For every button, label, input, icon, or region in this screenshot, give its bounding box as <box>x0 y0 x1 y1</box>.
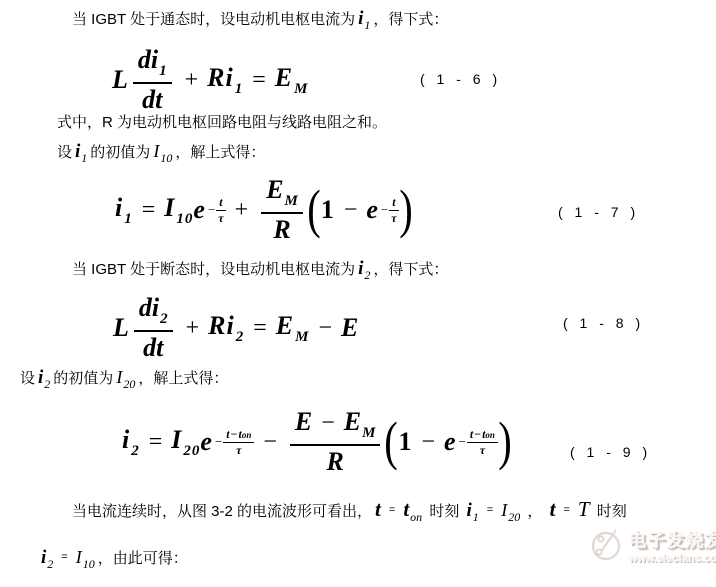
equals-sign: = <box>61 551 67 563</box>
symbol-e: e <box>444 427 457 457</box>
equals-sign: = <box>563 504 569 516</box>
math-I10: I10 <box>153 141 172 161</box>
math-t: t <box>550 497 556 521</box>
equals-operator: = <box>252 67 266 94</box>
equals-operator: = <box>142 197 156 224</box>
minus-operator: − <box>344 197 358 224</box>
paragraph-initial-i1: 设i1的初值为I10，解上式得： <box>57 140 265 169</box>
paragraph-igbt-off: 当 IGBT 处于断态时，设电动机电枢电流为i2，得下式： <box>72 258 448 286</box>
symbol-E: E <box>341 313 359 343</box>
plus-operator: + <box>235 197 249 224</box>
right-parenthesis: ) <box>399 187 412 233</box>
paragraph-continuous-current: 当电流连续时，从图 3-2 的电流波形可看出，t=ton 时刻 i1=I20 ，… <box>72 498 627 528</box>
right-parenthesis: ) <box>498 419 511 465</box>
math-i1: i1 <box>358 8 370 29</box>
exponent-minus-t-over-tau: − tτ <box>381 196 399 224</box>
equals-operator: = <box>253 315 267 342</box>
symbol-I20: I20 <box>171 425 200 460</box>
paragraph-conclusion: i2=I10，由此可得： <box>38 546 188 575</box>
math-i2: i2 <box>358 258 370 279</box>
left-parenthesis: ( <box>385 419 398 465</box>
exponent-minus-t-over-tau: − tτ <box>208 196 226 224</box>
math-i1: i1 <box>467 500 479 521</box>
watermark-text: 电子发烧友 www.elecfans.com <box>629 527 716 565</box>
fraction-EM-over-R: EM R <box>261 176 303 244</box>
symbol-e: e <box>193 195 206 225</box>
symbol-EM: EM <box>276 311 310 346</box>
equation-1-9: i2 = I20 e − t−ton τ − E−EM R ( 1 − e − … <box>122 408 512 476</box>
minus-operator: − <box>263 429 277 456</box>
symbol-I10: I10 <box>164 193 193 228</box>
symbol-EM: EM <box>275 63 309 98</box>
math-i2: i2 <box>41 547 53 568</box>
symbol-e: e <box>366 195 379 225</box>
exponent-minus-t-ton-over-tau: − t−ton τ <box>459 428 498 456</box>
equation-label-1-8: ( 1 - 8 ) <box>563 315 644 331</box>
equation-1-6: L di1 dt + Ri1 = EM <box>112 46 308 114</box>
equation-label-1-9: ( 1 - 9 ) <box>570 444 651 460</box>
math-ton: ton <box>403 497 422 521</box>
symbol-L: L <box>113 313 130 343</box>
math-i2: i2 <box>38 367 50 388</box>
paragraph-text: 当 IGBT 处于通态时，设电动机电枢电流为 <box>72 11 355 28</box>
symbol-Ri2: Ri2 <box>208 311 244 346</box>
watermark-title: 电子发烧友 <box>629 527 716 553</box>
math-t: t <box>375 497 381 521</box>
math-I20: I20 <box>501 500 520 520</box>
equals-operator: = <box>149 429 163 456</box>
math-i1: i1 <box>75 141 87 162</box>
paragraph-text: 式中，R 为电动机电枢回路电阻与线路电阻之和。 <box>57 114 387 131</box>
plus-operator: + <box>185 67 199 94</box>
symbol-one: 1 <box>321 195 335 225</box>
paragraph-text: ，得下式： <box>373 11 448 28</box>
plus-operator: + <box>186 315 200 342</box>
elecfans-logo-icon <box>591 526 625 566</box>
paragraph-igbt-on: 当 IGBT 处于通态时，设电动机电枢电流为i1，得下式： <box>72 8 448 36</box>
math-I10: I10 <box>76 547 95 567</box>
left-parenthesis: ( <box>307 187 320 233</box>
watermark: 电子发烧友 www.elecfans.com <box>591 526 716 566</box>
symbol-e: e <box>200 427 213 457</box>
fraction-di2-dt: di2 dt <box>134 294 173 362</box>
document-page: 当 IGBT 处于通态时，设电动机电枢电流为i1，得下式： L di1 dt +… <box>0 0 716 587</box>
minus-operator: − <box>421 429 435 456</box>
fraction-di1-dt: di1 dt <box>133 46 172 114</box>
symbol-L: L <box>112 65 129 95</box>
equals-sign: = <box>389 504 395 516</box>
watermark-url: www.elecfans.com <box>629 553 716 565</box>
paragraph-resistance-note: 式中，R 为电动机电枢回路电阻与线路电阻之和。 <box>57 112 387 134</box>
symbol-i1: i1 <box>115 193 133 228</box>
equation-label-1-6: ( 1 - 6 ) <box>420 71 501 87</box>
symbol-i2: i2 <box>122 425 140 460</box>
equation-1-8: L di2 dt + Ri2 = EM − E <box>113 294 359 362</box>
symbol-Ri1: Ri1 <box>207 63 243 98</box>
equation-label-1-7: ( 1 - 7 ) <box>558 204 639 220</box>
math-T: T <box>578 497 590 521</box>
paragraph-initial-i2: 设i2的初值为I20，解上式得： <box>20 366 228 395</box>
minus-operator: − <box>318 315 332 342</box>
symbol-one: 1 <box>398 427 412 457</box>
math-I20: I20 <box>116 367 135 387</box>
exponent-minus-t-ton-over-tau: − t−ton τ <box>215 428 254 456</box>
equals-sign: = <box>487 504 493 516</box>
equation-1-7: i1 = I10 e − tτ + EM R ( 1 − e − tτ ) <box>115 176 413 244</box>
fraction-E-minus-EM-over-R: E−EM R <box>290 408 381 476</box>
